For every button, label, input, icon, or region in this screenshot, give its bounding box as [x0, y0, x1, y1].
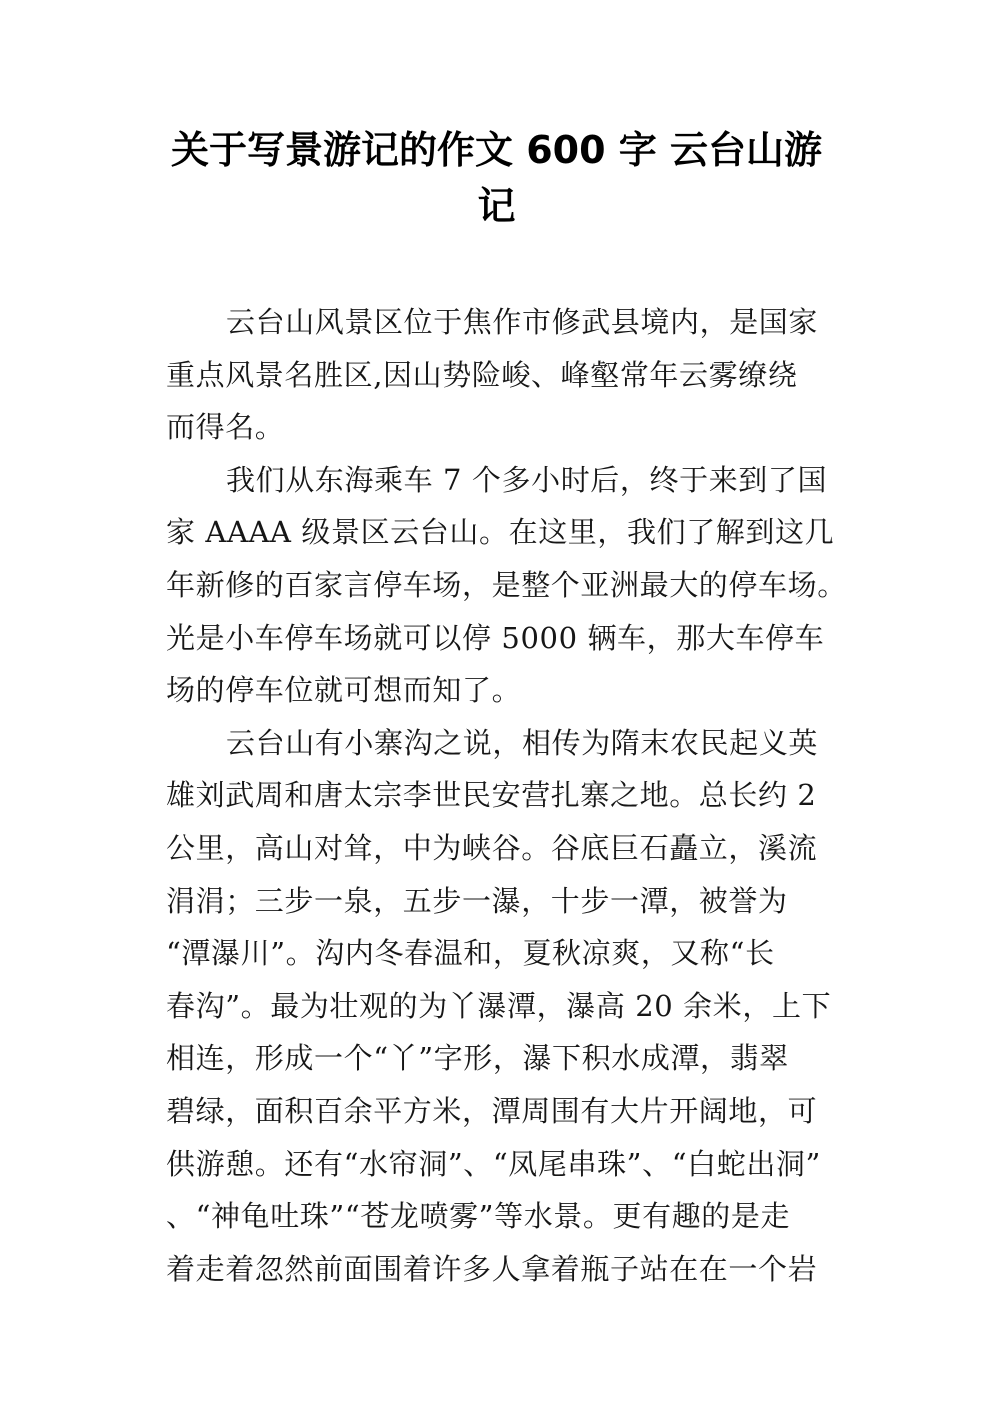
text-line: 家 AAAA 级景区云台山。在这里，我们了解到这几	[166, 506, 834, 558]
text-line: 春沟”。最为壮观的为丫瀑潭，瀑高 20 余米，上下	[166, 980, 831, 1032]
text-line: 年新修的百家言停车场，是整个亚洲最大的停车场。	[166, 559, 847, 611]
text-line: 云台山风景区位于焦作市修武县境内，是国家	[226, 296, 818, 348]
document-page: 关于写景游记的作文 600 字 云台山游 记 云台山风景区位于焦作市修武县境内，…	[0, 0, 993, 1404]
title-line-2: 记	[120, 178, 873, 234]
text-line: 雄刘武周和唐太宗李世民安营扎寨之地。总长约 2	[166, 769, 816, 821]
text-line: 涓涓；三步一泉，五步一瀑，十步一潭，被誉为	[166, 875, 788, 927]
text-line: 场的停车位就可想而知了。	[166, 664, 521, 716]
text-line: 碧绿，面积百余平方米，潭周围有大片开阔地，可	[166, 1085, 817, 1137]
text-line: 而得名。	[166, 401, 284, 453]
title-line-1: 关于写景游记的作文 600 字 云台山游	[120, 122, 873, 178]
text-line: “潭瀑川”。沟内冬春温和，夏秋凉爽，又称“长	[166, 927, 775, 979]
text-line: 我们从东海乘车 7 个多小时后，终于来到了国	[226, 454, 827, 506]
text-line: 着走着忽然前面围着许多人拿着瓶子站在在一个岩	[166, 1243, 817, 1295]
document-title: 关于写景游记的作文 600 字 云台山游 记	[120, 122, 873, 234]
text-line: 光是小车停车场就可以停 5000 辆车，那大车停车	[166, 612, 824, 664]
text-line: 重点风景名胜区,因山势险峻、峰壑常年云雾缭绕	[166, 349, 797, 401]
text-line: 、“神龟吐珠”“苍龙喷雾”等水景。更有趣的是走	[166, 1190, 790, 1242]
text-line: 相连，形成一个“丫”字形，瀑下积水成潭，翡翠	[166, 1032, 789, 1084]
text-line: 云台山有小寨沟之说，相传为隋末农民起义英	[226, 717, 818, 769]
text-line: 供游憩。还有“水帘洞”、“凤尾串珠”、“白蛇出洞”	[166, 1138, 821, 1190]
text-line: 公里，高山对耸，中为峡谷。谷底巨石矗立，溪流	[166, 822, 817, 874]
